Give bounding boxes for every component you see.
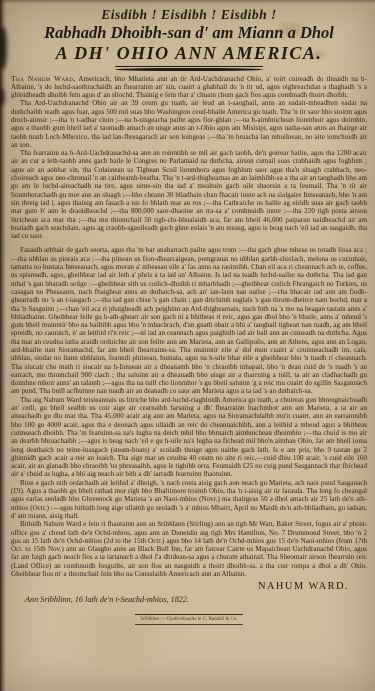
body-paragraph-4: Fasaidh arbhair de gach seorta, agus tha… xyxy=(11,246,367,395)
body-paragraph-3: Tha fearrainn na h-Ard-Uachdranachd-sa a… xyxy=(11,149,367,240)
body-paragraph-1: Tha Nahum Ward, Americach, bho Mharieta … xyxy=(11,75,367,100)
document-heading: Eisdibh ! Eisdibh ! Eisdibh ! Rabhadh Dh… xyxy=(11,7,367,71)
dateline: Ann Sribhlinn, 16 lath de'n t-Seachd-mhi… xyxy=(25,595,367,605)
printer-imprint: Sribhlinn :—Clodh-bhuailte le C. Randall… xyxy=(135,614,242,625)
heading-line-1: Eisdibh ! Eisdibh ! Eisdibh ! xyxy=(11,7,367,23)
page-content: Eisdibh ! Eisdibh ! Eisdibh ! Rabhadh Dh… xyxy=(0,0,375,625)
scan-edge-shadow-top xyxy=(0,0,375,4)
body-paragraph-2: Tha Ard-Uachdranachd Ohio air an 39 ceum… xyxy=(11,99,367,149)
heading-line-2: Rabhadh Dhoibh-san d' am Miann a Dhol xyxy=(11,23,367,43)
title-divider-rule xyxy=(115,66,263,71)
divider-thick-line xyxy=(115,68,263,71)
divider-thin-line xyxy=(115,66,263,67)
broadside-page: Eisdibh ! Eisdibh ! Eisdibh ! Rabhadh Dh… xyxy=(0,0,375,691)
heading-line-3: A DH' OHIO ANN AMERICA. xyxy=(11,43,367,64)
body-paragraph-7: Bithidh Nahum Ward e fein ri fhaotainn a… xyxy=(11,520,367,578)
body-text: Tha Nahum Ward, Americach, bho Mharieta … xyxy=(11,75,367,579)
body-paragraph-5: Tha aig Nahum Ward teisteannais us litri… xyxy=(11,396,367,479)
signature-nahum-ward: NAHUM WARD. xyxy=(11,581,349,592)
body-paragraph-6: Rinn e gach nith ordachadh air leithid a… xyxy=(11,479,367,520)
lead-in-small-caps: Tha Nahum Ward, xyxy=(11,74,76,83)
printer-imprint-wrap: Sribhlinn :—Clodh-bhuailte le C. Randall… xyxy=(11,607,367,625)
